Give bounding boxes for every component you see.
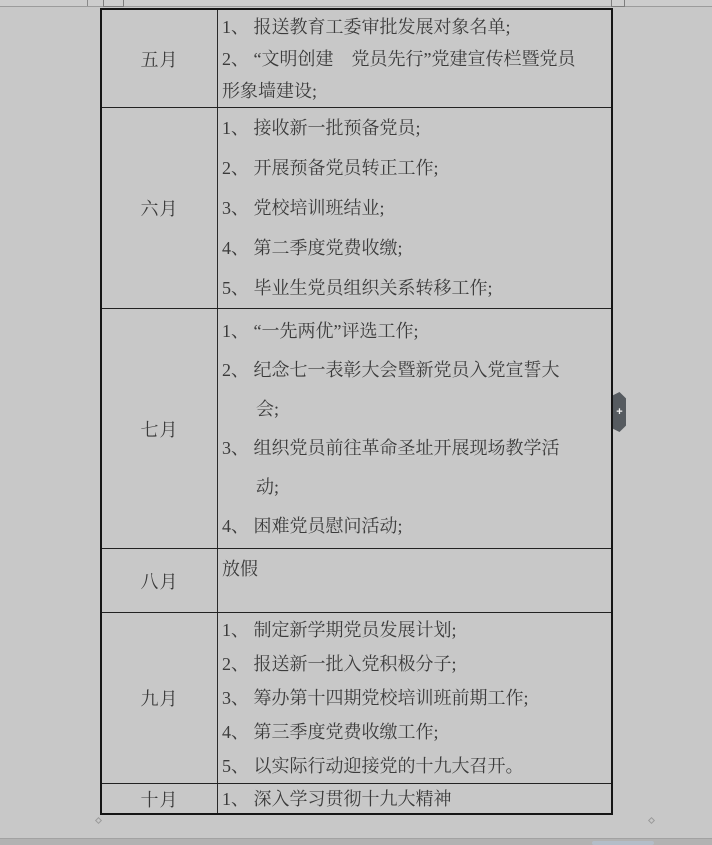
month-cell[interactable]: 五月 — [102, 10, 218, 107]
month-cell[interactable]: 六月 — [102, 108, 218, 308]
table-row: 七月 1、 “一先两优”评选工作; 2、 纪念七一表彰大会暨新党员入党宣誓大 会… — [102, 308, 611, 548]
task-item: 2、 开展预备党员转正工作; — [222, 148, 603, 188]
month-cell[interactable]: 十月 — [102, 784, 218, 813]
task-item: 5、 以实际行动迎接党的十九大召开。 — [222, 749, 603, 783]
bottom-highlight-smudge — [592, 841, 654, 845]
task-item: 2、 报送新一批入党积极分子; — [222, 647, 603, 681]
table-row: 六月 1、 接收新一批预备党员; 2、 开展预备党员转正工作; 3、 党校培训班… — [102, 107, 611, 308]
task-item: 1、 接收新一批预备党员; — [222, 108, 603, 148]
tasks-cell[interactable]: 1、 制定新学期党员发展计划; 2、 报送新一批入党积极分子; 3、 筹办第十四… — [218, 613, 611, 783]
tasks-cell[interactable]: 1、 报送教育工委审批发展对象名单; 2、 “文明创建 党员先行”党建宣传栏暨党… — [218, 10, 611, 107]
task-item: 4、 第三季度党费收缴工作; — [222, 715, 603, 749]
task-item: 3、 筹办第十四期党校培训班前期工作; — [222, 681, 603, 715]
tasks-cell[interactable]: 1、 深入学习贯彻十九大精神 — [218, 784, 611, 813]
task-item: 2、 “文明创建 党员先行”党建宣传栏暨党员 形象墙建设; — [222, 43, 603, 107]
margin-mark-top-left — [103, 0, 124, 7]
task-item: 4、 第二季度党费收缴; — [222, 228, 603, 268]
task-item: 5、 毕业生党员组织关系转移工作; — [222, 268, 603, 308]
plus-icon: + — [616, 406, 622, 418]
task-item: 4、 困难党员慰问活动; — [222, 507, 603, 546]
task-item: 2、 纪念七一表彰大会暨新党员入党宣誓大 会; — [222, 351, 603, 429]
month-cell[interactable]: 九月 — [102, 613, 218, 783]
tasks-cell[interactable]: 放假 — [218, 549, 611, 612]
month-cell[interactable]: 八月 — [102, 549, 218, 612]
task-item: 放假 — [222, 556, 603, 582]
side-panel-handle[interactable]: + — [613, 392, 626, 432]
margin-tick-left — [87, 0, 88, 6]
task-item: 1、 “一先两优”评选工作; — [222, 312, 603, 351]
task-item: 3、 组织党员前往革命圣址开展现场教学活 动; — [222, 429, 603, 507]
task-item: 3、 党校培训班结业; — [222, 188, 603, 228]
task-item: 1、 深入学习贯彻十九大精神 — [222, 785, 603, 813]
margin-mark-bottom-right — [648, 817, 655, 824]
tasks-cell[interactable]: 1、 接收新一批预备党员; 2、 开展预备党员转正工作; 3、 党校培训班结业;… — [218, 108, 611, 308]
schedule-table: 五月 1、 报送教育工委审批发展对象名单; 2、 “文明创建 党员先行”党建宣传… — [100, 8, 613, 815]
task-item: 1、 制定新学期党员发展计划; — [222, 613, 603, 647]
task-item: 1、 报送教育工委审批发展对象名单; — [222, 11, 603, 43]
tasks-cell[interactable]: 1、 “一先两优”评选工作; 2、 纪念七一表彰大会暨新党员入党宣誓大 会; 3… — [218, 309, 611, 548]
table-row: 五月 1、 报送教育工委审批发展对象名单; 2、 “文明创建 党员先行”党建宣传… — [102, 10, 611, 107]
table-row: 十月 1、 深入学习贯彻十九大精神 — [102, 783, 611, 813]
month-cell[interactable]: 七月 — [102, 309, 218, 548]
table-row: 九月 1、 制定新学期党员发展计划; 2、 报送新一批入党积极分子; 3、 筹办… — [102, 612, 611, 783]
table-row: 八月 放假 — [102, 548, 611, 612]
margin-mark-top-right — [611, 0, 625, 7]
margin-mark-bottom-left — [95, 817, 102, 824]
